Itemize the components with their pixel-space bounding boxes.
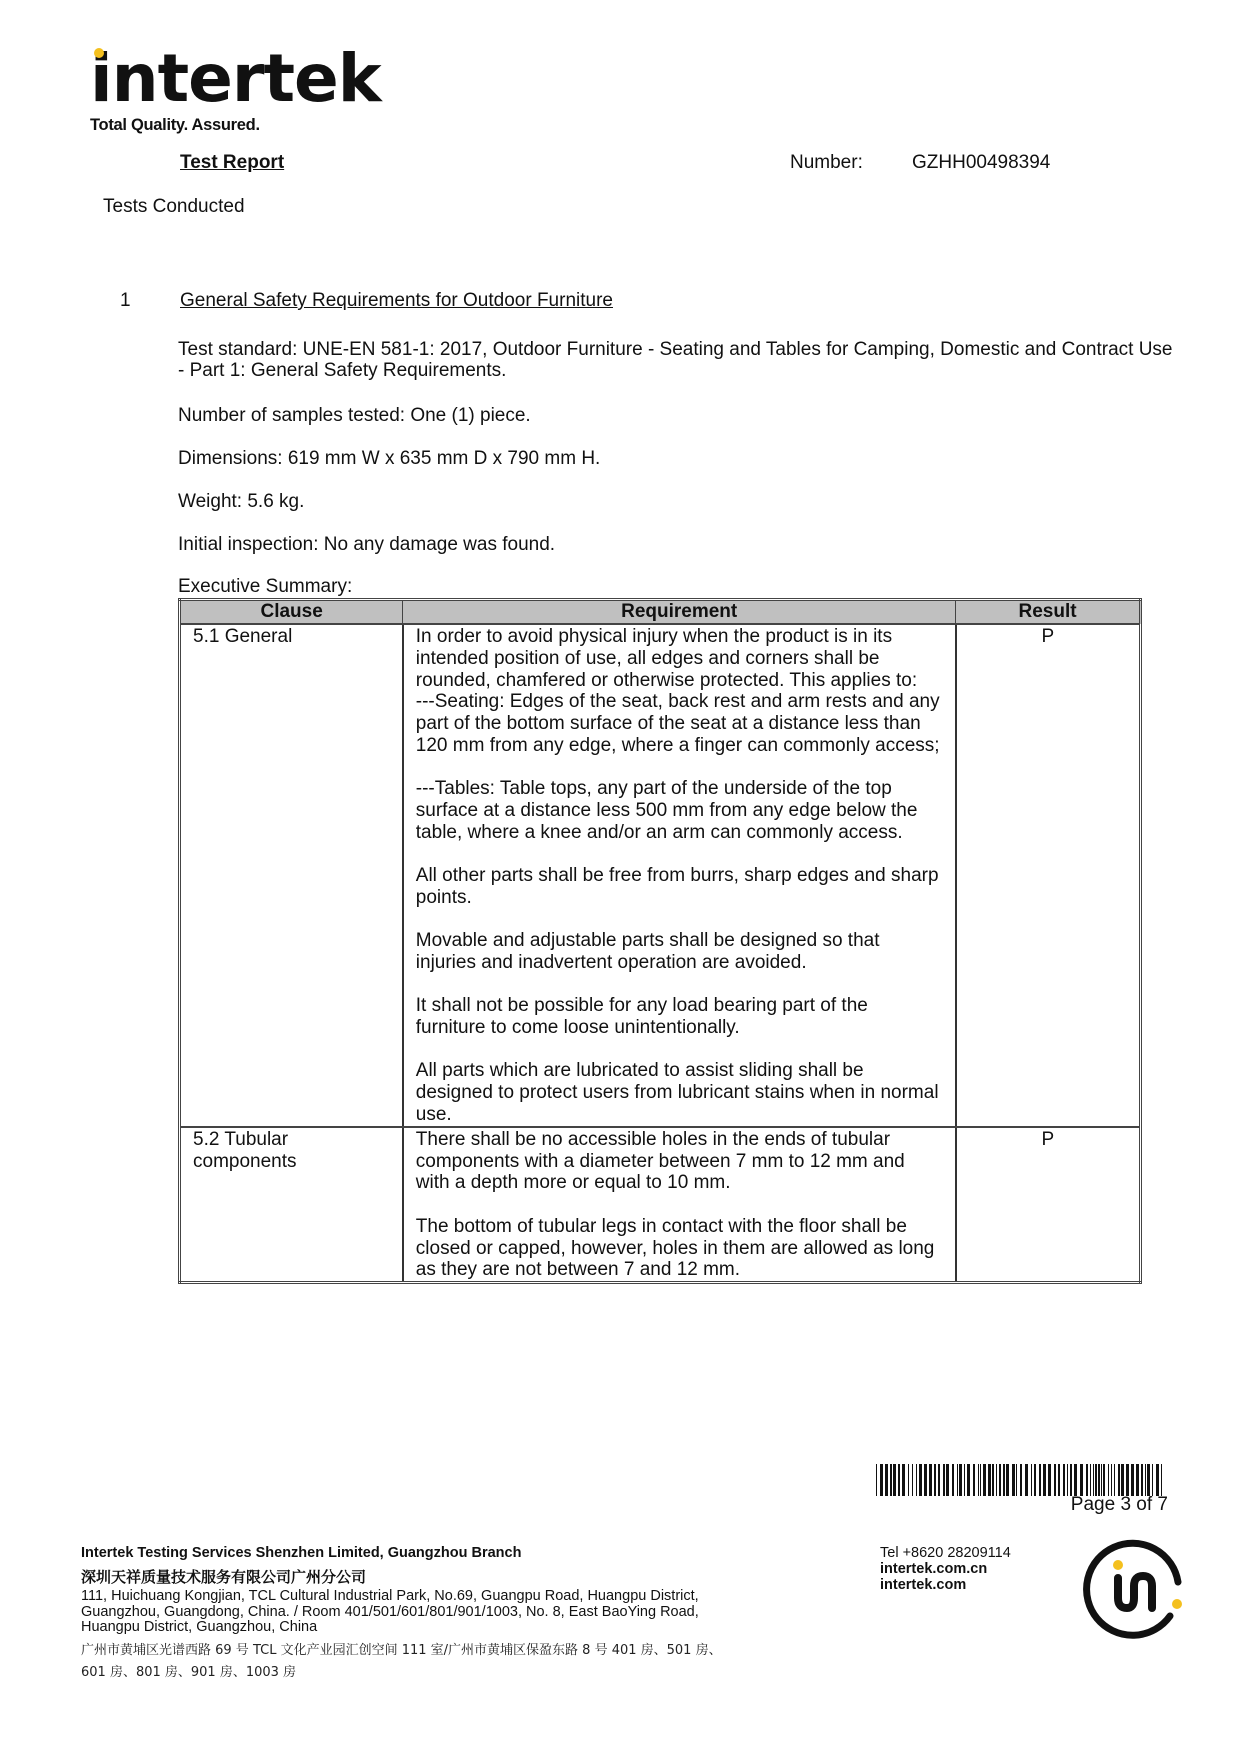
barcode-bar (908, 1464, 909, 1496)
samples-tested: Number of samples tested: One (1) piece. (178, 405, 1178, 426)
logo-dot-icon (94, 48, 104, 58)
barcode-bar (1093, 1464, 1094, 1496)
barcode-bar (1006, 1464, 1009, 1496)
header-requirement: Requirement (403, 600, 956, 625)
barcode-bar (1016, 1464, 1017, 1496)
barcode-bar (1131, 1464, 1134, 1496)
barcode-bar (1012, 1464, 1015, 1496)
section-title: General Safety Requirements for Outdoor … (180, 290, 613, 312)
table-header-row: Clause Requirement Result (180, 600, 1141, 625)
barcode-bar (1039, 1464, 1041, 1496)
weight: Weight: 5.6 kg. (178, 491, 1178, 512)
barcode-bar (946, 1464, 949, 1496)
barcode-bar (898, 1464, 900, 1496)
footer-company-cn: 深圳天祥质量技术服务有限公司广州分公司 (81, 1566, 366, 1587)
barcode-bar (988, 1464, 991, 1496)
barcode-bar (1121, 1464, 1124, 1496)
section-number: 1 (120, 290, 131, 312)
requirement-text: Movable and adjustable parts shall be de… (416, 930, 943, 974)
barcode-bar (996, 1464, 997, 1496)
test-standard: Test standard: UNE-EN 581-1: 2017, Outdo… (178, 339, 1178, 381)
logo-text: intertek (90, 40, 381, 117)
result-cell: P (956, 624, 1141, 1127)
barcode-bar (1095, 1464, 1097, 1496)
requirement-cell: In order to avoid physical injury when t… (403, 624, 956, 1127)
barcode-bar (1070, 1464, 1072, 1496)
intertek-badge-icon (1082, 1534, 1188, 1640)
barcode-bar (943, 1464, 945, 1496)
barcode-bar (992, 1464, 994, 1496)
requirement-text: ---Seating: Edges of the seat, back rest… (416, 691, 943, 756)
barcode-bar (1025, 1464, 1028, 1496)
barcode-bar (916, 1464, 917, 1496)
table-row: 5.1 General In order to avoid physical i… (180, 624, 1141, 1127)
report-number-label: Number: (790, 152, 863, 174)
barcode-bar (978, 1464, 979, 1496)
barcode-bar (1034, 1464, 1036, 1496)
barcode-bar (1114, 1464, 1115, 1496)
footer-website[interactable]: intertek.com (880, 1577, 966, 1593)
requirement-text: All parts which are lubricated to assist… (416, 1060, 943, 1125)
clause-cell: 5.1 General (180, 624, 403, 1127)
barcode-bar (912, 1464, 913, 1496)
barcode-bar (957, 1464, 958, 1496)
barcode-bar (893, 1464, 896, 1496)
barcode-bar (959, 1464, 962, 1496)
initial-inspection: Initial inspection: No any damage was fo… (178, 534, 1178, 555)
footer-tel: Tel +8620 28209114 (880, 1545, 1011, 1561)
barcode-bar (1054, 1464, 1056, 1496)
report-title: Test Report (180, 152, 284, 174)
barcode-bar (1043, 1464, 1046, 1496)
footer-company: Intertek Testing Services Shenzhen Limit… (81, 1545, 521, 1561)
barcode-bar (1003, 1464, 1005, 1496)
executive-summary-table: Clause Requirement Result 5.1 General In… (178, 598, 1142, 1284)
barcode-bar (1031, 1464, 1032, 1496)
result-cell: P (956, 1127, 1141, 1283)
logo-tagline: Total Quality. Assured. (90, 116, 381, 135)
barcode-bar (1090, 1464, 1091, 1496)
barcode-bar (980, 1464, 981, 1496)
barcode-bar (1111, 1464, 1112, 1496)
executive-summary-label: Executive Summary: (178, 576, 1178, 597)
footer-address-cn: 广州市黄埔区光谱西路 69 号 TCL 文化产业园汇创空间 111 室/广州市黄… (81, 1640, 741, 1684)
barcode-bar (938, 1464, 940, 1496)
barcode-bar (880, 1464, 883, 1496)
tests-conducted-heading: Tests Conducted (103, 196, 245, 218)
barcode-bar (983, 1464, 986, 1496)
dimensions: Dimensions: 619 mm W x 635 mm D x 790 mm… (178, 448, 1178, 469)
barcode-bar (876, 1464, 877, 1496)
requirement-text: All other parts shall be free from burrs… (416, 865, 943, 909)
barcode-bar (919, 1464, 922, 1496)
barcode-bar (1136, 1464, 1139, 1496)
barcode-bar (1080, 1464, 1083, 1496)
requirement-text: There shall be no accessible holes in th… (416, 1129, 943, 1194)
barcode-bar (1156, 1464, 1159, 1496)
barcode-bar (1086, 1464, 1088, 1496)
barcode-bar (973, 1464, 975, 1496)
barcode-bar (1108, 1464, 1109, 1496)
barcode-bar (1161, 1464, 1162, 1496)
header-result: Result (956, 600, 1141, 625)
footer-address: 111, Huichuang Kongjian, TCL Cultural In… (81, 1589, 741, 1636)
barcode-bar (1098, 1464, 1100, 1496)
clause-cell: 5.2 Tubular components (180, 1127, 403, 1283)
barcode-bar (924, 1464, 927, 1496)
barcode-bar (1141, 1464, 1143, 1496)
barcode-bar (1048, 1464, 1051, 1496)
requirement-cell: There shall be no accessible holes in th… (403, 1127, 956, 1283)
page-indicator: Page 3 of 7 (1058, 1494, 1168, 1516)
barcode-bar (1101, 1464, 1102, 1496)
barcode-bar (1118, 1464, 1120, 1496)
barcode-bar (999, 1464, 1001, 1496)
logo-wordmark: intertek (90, 46, 381, 112)
barcode-bar (902, 1464, 905, 1496)
barcode-bar (1063, 1464, 1065, 1496)
barcode-bar (1103, 1464, 1105, 1496)
barcode-bar (929, 1464, 932, 1496)
barcode-bar (952, 1464, 954, 1496)
barcode-bar (1020, 1464, 1022, 1496)
footer-website-cn[interactable]: intertek.com.cn (880, 1561, 987, 1577)
barcode-bar (934, 1464, 936, 1496)
report-number-value: GZHH00498394 (912, 152, 1050, 174)
barcode-bar (1152, 1464, 1153, 1496)
barcode-bar (964, 1464, 965, 1496)
requirement-text: It shall not be possible for any load be… (416, 995, 943, 1039)
barcode (876, 1464, 1166, 1496)
barcode-bar (1067, 1464, 1068, 1496)
barcode-bar (890, 1464, 892, 1496)
barcode-bar (1147, 1464, 1150, 1496)
intertek-logo: intertek Total Quality. Assured. (90, 46, 381, 135)
barcode-bar (1145, 1464, 1146, 1496)
requirement-text: In order to avoid physical injury when t… (416, 626, 943, 691)
barcode-bar (1074, 1464, 1077, 1496)
barcode-bar (967, 1464, 970, 1496)
barcode-bar (1126, 1464, 1129, 1496)
barcode-bar (1058, 1464, 1060, 1496)
barcode-bar (885, 1464, 888, 1496)
requirement-text: ---Tables: Table tops, any part of the u… (416, 778, 943, 843)
header-clause: Clause (180, 600, 403, 625)
table-row: 5.2 Tubular components There shall be no… (180, 1127, 1141, 1283)
requirement-text: The bottom of tubular legs in contact wi… (416, 1216, 943, 1281)
